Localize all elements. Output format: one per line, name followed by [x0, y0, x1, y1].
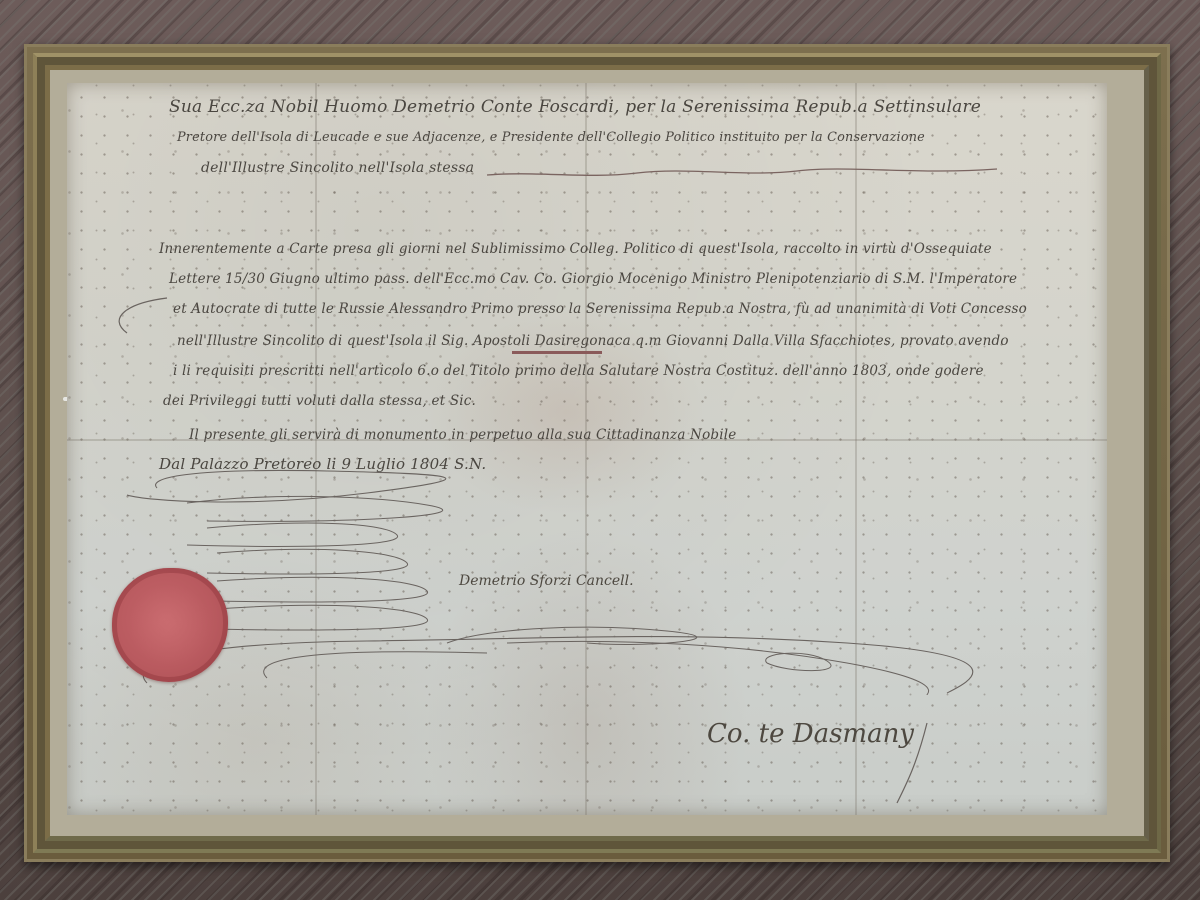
header-line-3: dell'Illustre Sincolito nell'Isola stess…	[201, 160, 474, 176]
red-wax-seal	[112, 568, 228, 682]
body-line-3: et Autocrate di tutte le Russie Alessand…	[173, 301, 1027, 317]
place-date-line: Dal Palazzo Pretoreo li 9 Luglio 1804 S.…	[159, 455, 486, 473]
name-underline	[512, 351, 602, 354]
secretary-signature: Demetrio Sforzi Cancell.	[459, 573, 634, 589]
fold-line-vertical	[855, 83, 857, 815]
manuscript-paper: Sua Ecc.za Nobil Huomo Demetrio Conte Fo…	[67, 83, 1107, 815]
fold-line-vertical	[315, 83, 317, 815]
body-line-2: Lettere 15/30 Giugno ultimo pass. dell'E…	[169, 271, 1017, 287]
body-line-1: Innerentemente a Carte presa gli giorni …	[159, 241, 992, 257]
seal-impression	[128, 584, 212, 666]
fold-line-vertical	[585, 83, 587, 815]
body-line-6: dei Privileggi tutti voluti dalla stessa…	[163, 393, 476, 409]
body-line-4: nell'Illustre Sincolito di quest'Isola i…	[177, 333, 1009, 349]
foxing-spots	[67, 83, 1107, 815]
picture-frame: Sua Ecc.za Nobil Huomo Demetrio Conte Fo…	[24, 44, 1170, 862]
header-line-2: Pretore dell'Isola di Leucade e sue Adja…	[177, 130, 925, 145]
header-line-1: Sua Ecc.za Nobil Huomo Demetrio Conte Fo…	[169, 97, 981, 117]
closing-line: Il presente gli servirà di monumento in …	[189, 427, 736, 443]
body-line-5: i li requisiti prescritti nell'articolo …	[173, 363, 984, 379]
main-signature: Co. te Dasmany	[707, 719, 914, 749]
